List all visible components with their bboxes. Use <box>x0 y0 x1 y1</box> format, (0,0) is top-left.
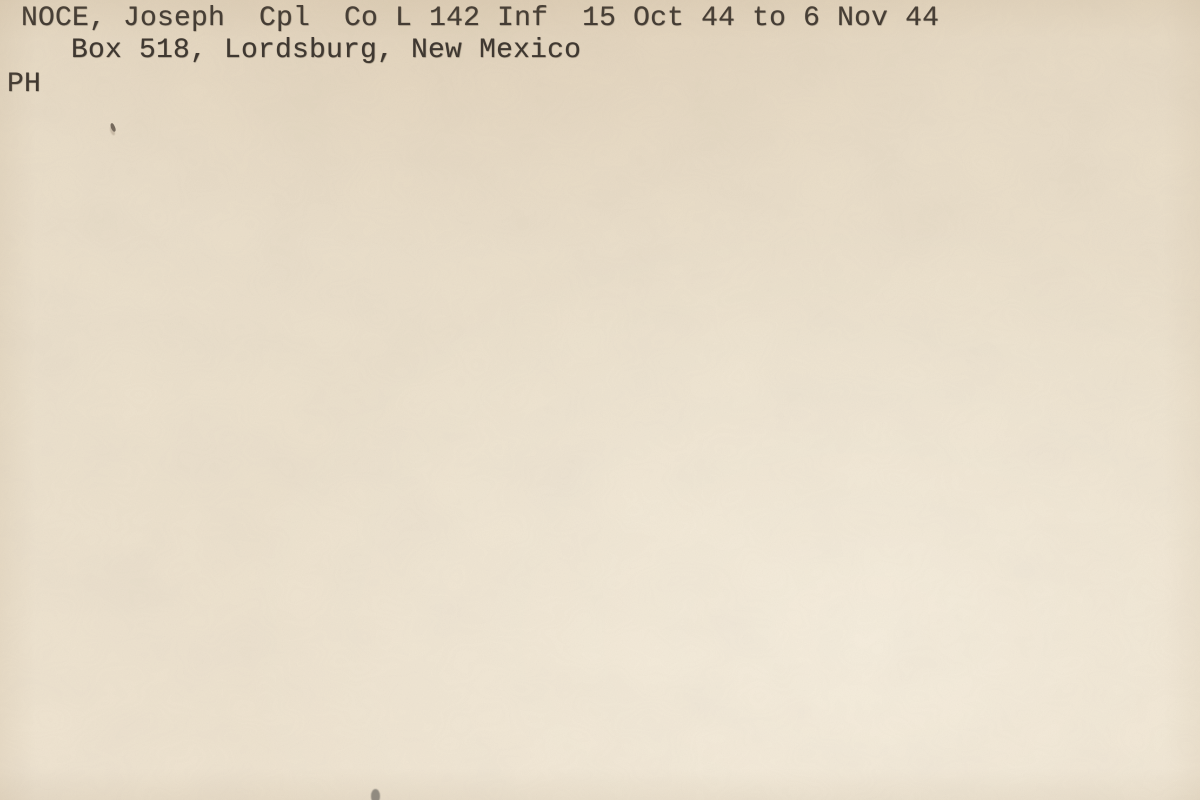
typed-line-address: Box 518, Lordsburg, New Mexico <box>71 36 581 66</box>
bottom-edge-speck <box>371 789 380 800</box>
index-card: NOCE, Joseph Cpl Co L 142 Inf 15 Oct 44 … <box>0 0 1200 800</box>
typed-line-award-code: PH <box>7 70 41 100</box>
typed-line-service-record: NOCE, Joseph Cpl Co L 142 Inf 15 Oct 44 … <box>21 4 939 34</box>
paper-texture <box>0 0 1200 800</box>
stray-ink-mark <box>109 123 116 133</box>
